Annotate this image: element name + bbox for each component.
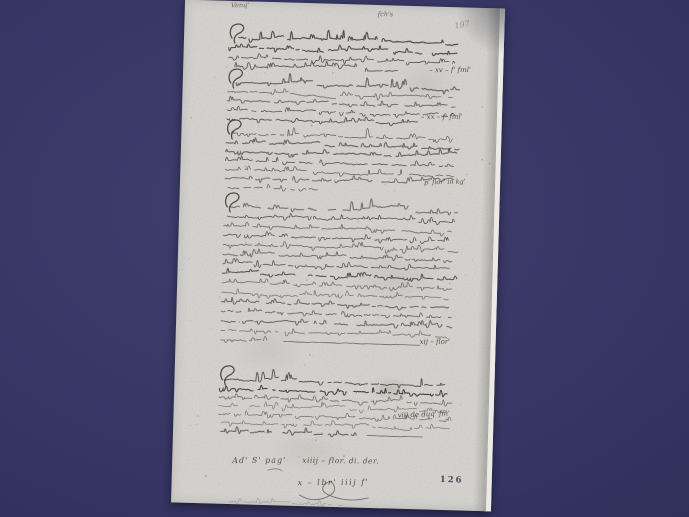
page-header-center: fch's [378, 10, 393, 18]
slide-background: Venq' fch's 197 – xv – f' fml' – xx – f'… [0, 0, 689, 517]
corner-shadow [456, 7, 505, 54]
marginal-note-1: – xv – f' fml' [429, 66, 471, 74]
footer-sum-amount: xiiij – flor. di. der. [302, 456, 379, 466]
footer-sum-line2: x – lbr' iiij f' [298, 478, 370, 488]
marginal-note-2: – xx – f' fml' [421, 113, 463, 121]
marginal-note-4: xij – flor' [420, 338, 451, 346]
page-header-left: Venq' [231, 1, 249, 9]
archive-stamp-number: 126 [440, 475, 464, 486]
marginal-note-3: p' flor' in kg' [424, 177, 466, 186]
manuscript-page: Venq' fch's 197 – xv – f' fml' – xx – f'… [171, 0, 505, 511]
handwriting-ink-layer [171, 0, 505, 511]
footer-sum-label: Ad' S' pag' [232, 456, 286, 465]
